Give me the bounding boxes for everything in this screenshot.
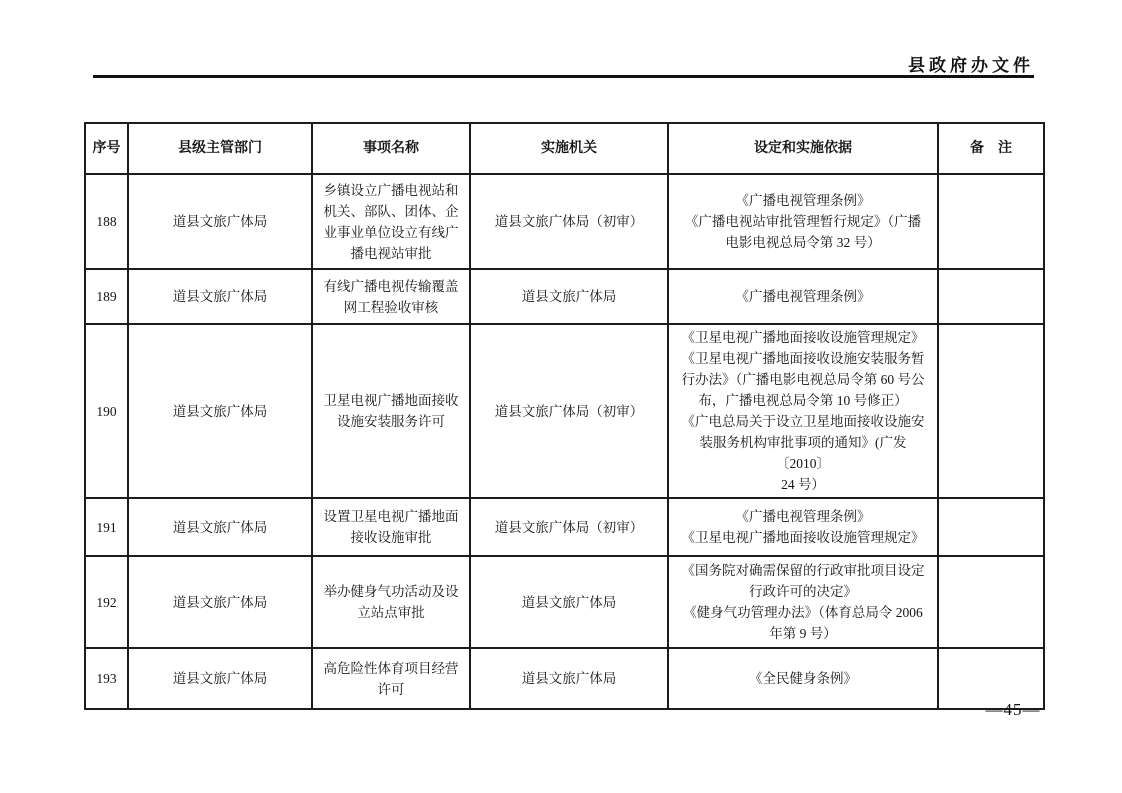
table-row: 189 道县文旅广体局 有线广播电视传输覆盖 网工程验收审核 道县文旅广体局 《… — [85, 269, 1044, 324]
table-row: 190 道县文旅广体局 卫星电视广播地面接收 设施安装服务许可 道县文旅广体局（… — [85, 324, 1044, 498]
header-note: 备 注 — [938, 123, 1044, 174]
header-serial: 序号 — [85, 123, 128, 174]
item-name-cell: 高危险性体育项目经营 许可 — [312, 648, 470, 709]
agency-cell: 道县文旅广体局 — [470, 556, 668, 648]
agency-cell: 道县文旅广体局（初审） — [470, 324, 668, 498]
table-row: 193 道县文旅广体局 高危险性体育项目经营 许可 道县文旅广体局 《全民健身条… — [85, 648, 1044, 709]
header-basis: 设定和实施依据 — [668, 123, 938, 174]
serial-cell: 189 — [85, 269, 128, 324]
serial-cell: 188 — [85, 174, 128, 269]
basis-cell: 《广播电视管理条例》 《广播电视站审批管理暂行规定》（广播 电影电视总局令第 3… — [668, 174, 938, 269]
header-rule — [93, 75, 1034, 78]
department-cell: 道县文旅广体局 — [128, 269, 312, 324]
basis-cell: 《国务院对确需保留的行政审批项目设定 行政许可的决定》 《健身气功管理办法》（体… — [668, 556, 938, 648]
note-cell — [938, 324, 1044, 498]
document-page: 县政府办文件 序号 县级主管部门 事项名称 实施机关 设定和实施依据 备 注 1… — [0, 0, 1122, 793]
note-cell — [938, 556, 1044, 648]
agency-cell: 道县文旅广体局（初审） — [470, 498, 668, 556]
department-cell: 道县文旅广体局 — [128, 174, 312, 269]
serial-cell: 190 — [85, 324, 128, 498]
agency-cell: 道县文旅广体局 — [470, 269, 668, 324]
item-name-cell: 举办健身气功活动及设 立站点审批 — [312, 556, 470, 648]
department-cell: 道县文旅广体局 — [128, 324, 312, 498]
serial-cell: 192 — [85, 556, 128, 648]
note-cell — [938, 269, 1044, 324]
department-cell: 道县文旅广体局 — [128, 498, 312, 556]
department-cell: 道县文旅广体局 — [128, 648, 312, 709]
table-row: 191 道县文旅广体局 设置卫星电视广播地面 接收设施审批 道县文旅广体局（初审… — [85, 498, 1044, 556]
basis-cell: 《全民健身条例》 — [668, 648, 938, 709]
agency-cell: 道县文旅广体局 — [470, 648, 668, 709]
header-department: 县级主管部门 — [128, 123, 312, 174]
agency-cell: 道县文旅广体局（初审） — [470, 174, 668, 269]
page-number: —45— — [958, 700, 1068, 720]
table-row: 192 道县文旅广体局 举办健身气功活动及设 立站点审批 道县文旅广体局 《国务… — [85, 556, 1044, 648]
item-name-cell: 设置卫星电视广播地面 接收设施审批 — [312, 498, 470, 556]
item-name-cell: 乡镇设立广播电视站和 机关、部队、团体、企 业事业单位设立有线广 播电视站审批 — [312, 174, 470, 269]
note-cell — [938, 174, 1044, 269]
basis-cell: 《广播电视管理条例》 《卫星电视广播地面接收设施管理规定》 — [668, 498, 938, 556]
item-name-cell: 卫星电视广播地面接收 设施安装服务许可 — [312, 324, 470, 498]
header-item-name: 事项名称 — [312, 123, 470, 174]
approval-items-table: 序号 县级主管部门 事项名称 实施机关 设定和实施依据 备 注 188 道县文旅… — [84, 122, 1045, 710]
header-agency: 实施机关 — [470, 123, 668, 174]
page-header-title: 县政府办文件 — [908, 51, 1034, 76]
item-name-cell: 有线广播电视传输覆盖 网工程验收审核 — [312, 269, 470, 324]
serial-cell: 193 — [85, 648, 128, 709]
table-row: 188 道县文旅广体局 乡镇设立广播电视站和 机关、部队、团体、企 业事业单位设… — [85, 174, 1044, 269]
basis-cell: 《广播电视管理条例》 — [668, 269, 938, 324]
basis-cell: 《卫星电视广播地面接收设施管理规定》 《卫星电视广播地面接收设施安装服务暂 行办… — [668, 324, 938, 498]
serial-cell: 191 — [85, 498, 128, 556]
note-cell — [938, 498, 1044, 556]
table-header-row: 序号 县级主管部门 事项名称 实施机关 设定和实施依据 备 注 — [85, 123, 1044, 174]
department-cell: 道县文旅广体局 — [128, 556, 312, 648]
